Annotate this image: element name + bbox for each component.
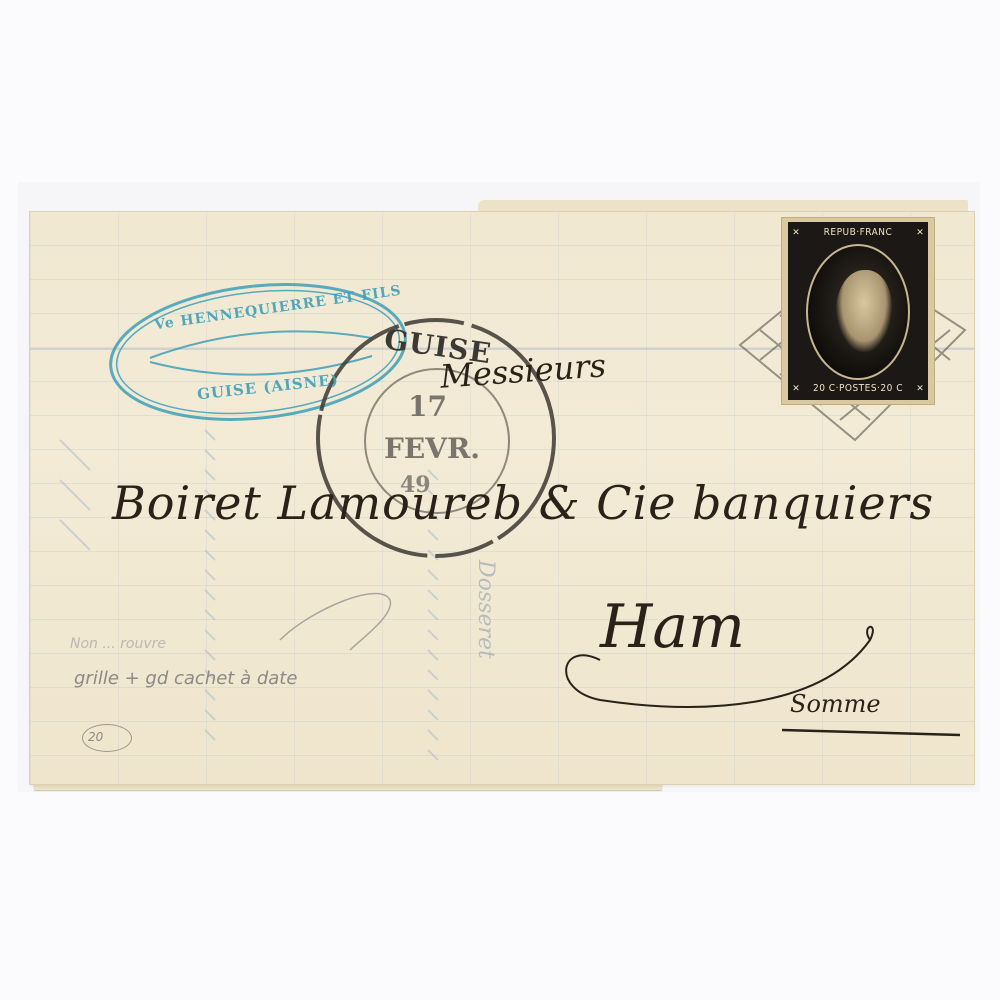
datestamp-month: FEVR. [384, 432, 480, 465]
stamp-corner-ornament: ✕ [914, 383, 926, 395]
destination-city: Ham [600, 592, 745, 662]
addressee: Boiret Lamoureb & Cie banquiers [112, 476, 934, 530]
destination-department: Somme [790, 690, 881, 718]
pencil-price: 20 [88, 730, 103, 744]
pencil-note: grille + gd cachet à date [74, 668, 297, 689]
postage-stamp: ✕ ✕ ✕ ✕ REPUB·FRANC 20 C·POSTES·20 C [782, 218, 934, 404]
vertical-annotation: Dosseret [473, 560, 498, 659]
stamp-top-inscription: REPUB·FRANC [804, 226, 912, 240]
pencil-faint-note: Non ... rouvre [70, 636, 166, 652]
stamp-corner-ornament: ✕ [790, 227, 802, 239]
ceres-head-portrait [836, 270, 892, 352]
ceres-medallion [806, 244, 910, 380]
stamp-corner-ornament: ✕ [914, 227, 926, 239]
stamp-bottom-inscription: 20 C·POSTES·20 C [804, 382, 912, 396]
stamp-frame: ✕ ✕ ✕ ✕ REPUB·FRANC 20 C·POSTES·20 C [788, 222, 928, 400]
stamp-corner-ornament: ✕ [790, 383, 802, 395]
